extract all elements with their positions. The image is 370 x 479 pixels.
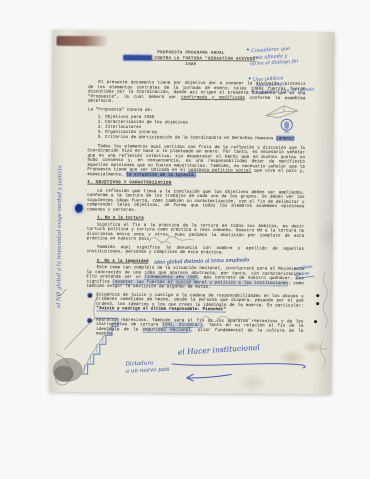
margin-dot — [314, 320, 317, 323]
ink-blot — [75, 204, 83, 213]
list-item-number: 5. — [98, 135, 105, 140]
proposal-list: 1.Objetivos para 1985 2.Caracterización … — [88, 115, 306, 142]
stain-mark — [56, 36, 108, 46]
subheading-impunidad: 2. No a la impunidad — [97, 258, 149, 263]
underlined-phrase: contexto político social — [188, 167, 251, 173]
list-item-text-part: Criterios de participación de la Coordin… — [105, 134, 276, 141]
staircase-doodle — [51, 292, 134, 391]
highlighted-word: (anexo) — [276, 136, 294, 141]
handwritten-inline-note: idea global distinta al tema ampliado — [154, 257, 249, 264]
list-intro: La "Propuesta" consta de: — [88, 107, 305, 114]
tortura-paragraph-2: También aquí significa la denuncia con n… — [87, 245, 305, 256]
handwritten-note-right-margin: cambios ambos — [294, 265, 314, 279]
list-item-text: Criterios de participación de la Coordin… — [105, 135, 294, 141]
section-paragraph: La reflexión que lleva a la conclusión q… — [87, 188, 305, 213]
pencil-scribble — [200, 313, 252, 323]
intro-paragraph: El presente documento tiene por objetivo… — [88, 80, 306, 105]
margin-dot — [316, 294, 319, 297]
subheading-row: 1. No a la tortura — [97, 216, 304, 222]
subheading-tortura: 1. No a la tortura — [97, 215, 144, 220]
ink-marked-phrase: seguridad nacional — [142, 326, 190, 331]
ink-covered-word: MOVIMIENTO — [124, 55, 152, 60]
ink-highlighted-phrase: la situación de la Iglesia. — [126, 172, 196, 178]
handwritten-note-bottom: el Hacer institucional — [178, 343, 260, 357]
pencil-margin-scribble — [316, 340, 330, 374]
scanned-page: PROPUESTA PROGRAMA ANUAL MOVIMIENTO CONT… — [49, 30, 334, 394]
arrow-left-doodle — [180, 369, 234, 383]
scan-background: { "document": { "header": { "line1": "PR… — [0, 0, 370, 479]
pencil-margin-scribble — [320, 270, 331, 332]
margin-dot — [316, 302, 319, 305]
underlined-phrase: confirmada y modificada — [181, 94, 245, 100]
handwritten-note: exige verdad y justicia — [57, 165, 64, 228]
title-line-2-text: CONTRA LA TORTURA "SEBASTIAN ACEVEDO" — [152, 55, 259, 61]
handwritten-note: a un nuevo país — [126, 366, 170, 374]
pencil-scribble — [147, 234, 203, 246]
handwritten-note-bottom-left: Dictadura a un nuevo país — [125, 360, 169, 375]
impunidad-paragraph: Este tema tan complejo de la situación n… — [86, 265, 304, 290]
section-heading: I. OBJETIVOS Y CARACTERIZACION — [87, 180, 304, 187]
handwritten-note-left-margin: el NO global a la impunidad exige verdad… — [56, 158, 71, 308]
context-paragraph: Todos los elementos aquí vertidos son fr… — [87, 144, 305, 179]
list-item: 5.Criterios de participación de la Coord… — [98, 135, 305, 141]
